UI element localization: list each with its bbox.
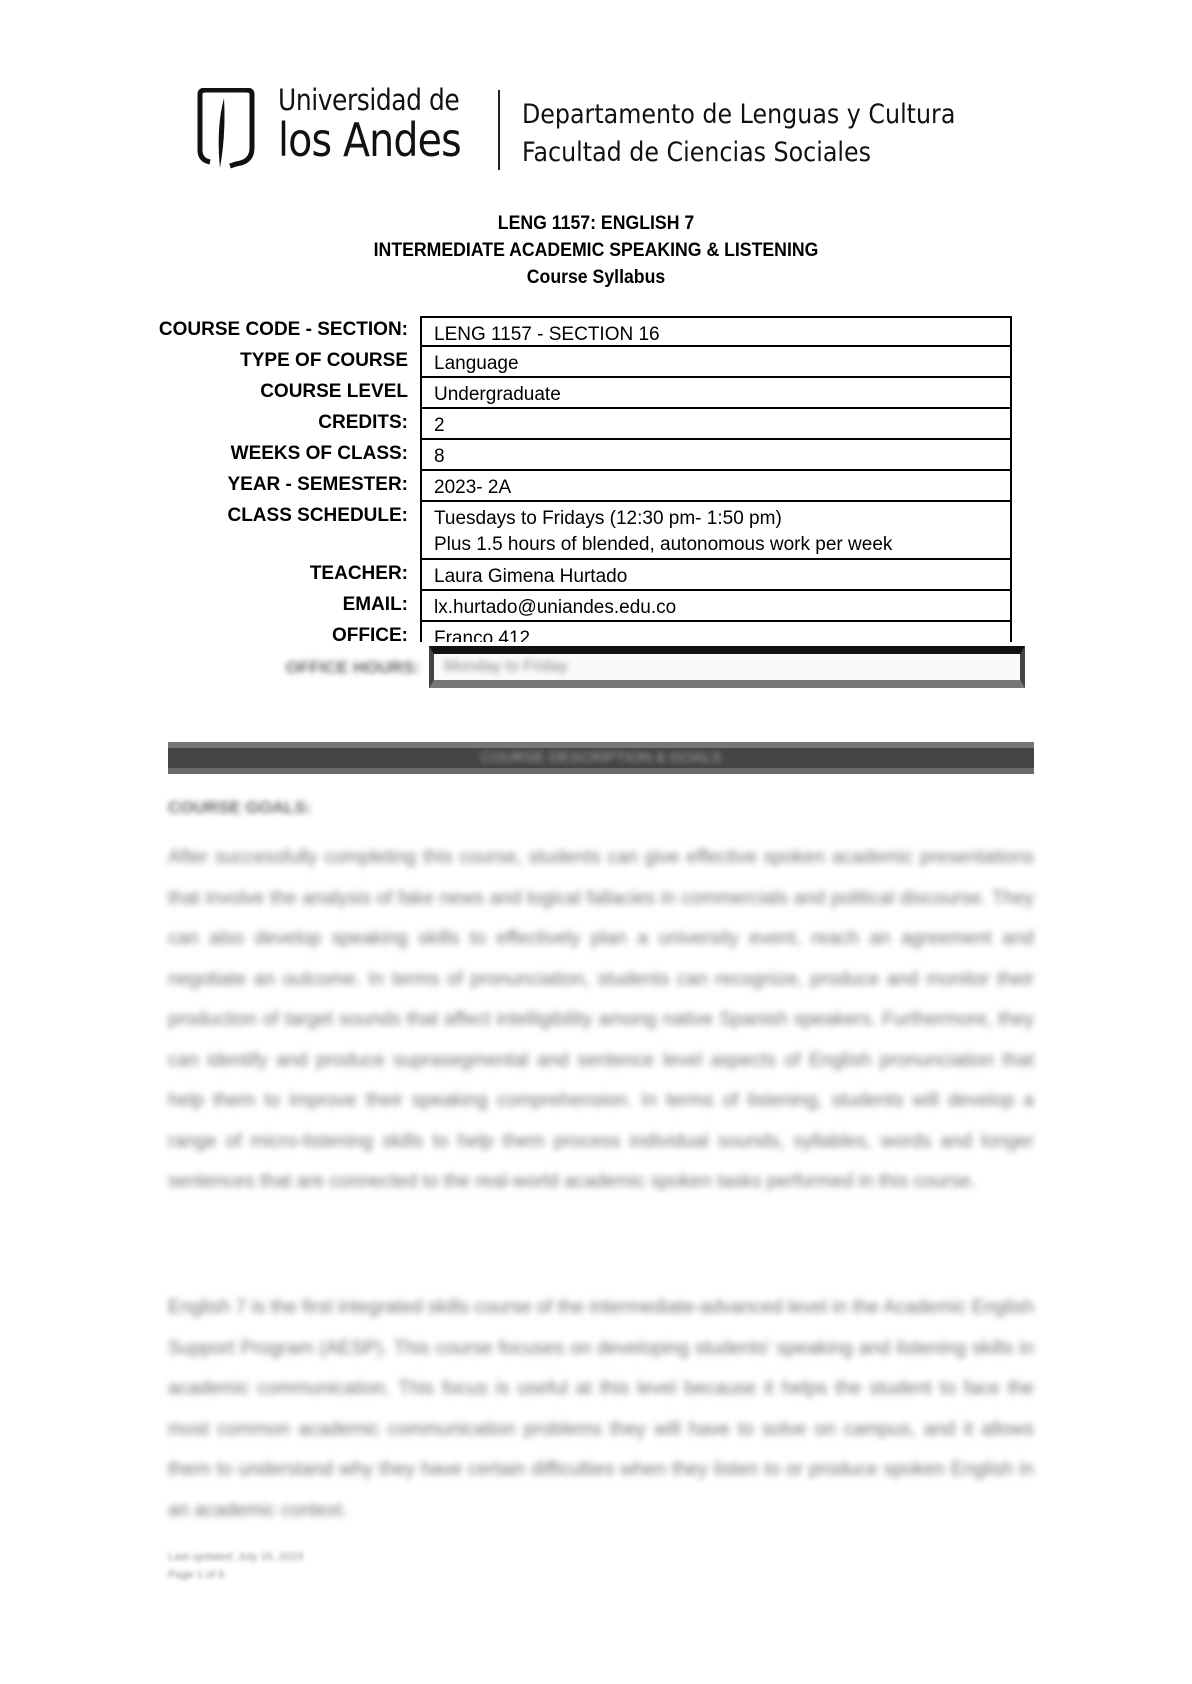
info-value: Laura Gimena Hurtado [420, 560, 1012, 591]
info-label: YEAR - SEMESTER: [150, 471, 420, 502]
course-goals-paragraph: After successfully completing this cours… [168, 838, 1034, 1203]
page-footer: Last updated: July 15, 2023 Page 1 of 9 [168, 1548, 303, 1584]
document-header: Universidad de los Andes Departamento de… [196, 86, 996, 176]
info-row-semester: YEAR - SEMESTER: 2023- 2A [150, 471, 1012, 502]
info-label: CLASS SCHEDULE: [150, 502, 420, 560]
info-label: COURSE CODE - SECTION: [150, 316, 420, 347]
info-row-weeks: WEEKS OF CLASS: 8 [150, 440, 1012, 471]
info-value: Franco 412 [420, 622, 1012, 642]
schedule-line: Tuesdays to Fridays (12:30 pm- 1:50 pm) [434, 506, 998, 532]
info-row-course-code: COURSE CODE - SECTION: LENG 1157 - SECTI… [150, 316, 1012, 347]
footer-updated-date: Last updated: July 15, 2023 [168, 1548, 303, 1566]
university-shield-logo-icon [196, 88, 256, 172]
office-hours-value: Monday to Friday [444, 658, 568, 676]
course-title-block: LENG 1157: ENGLISH 7 INTERMEDIATE ACADEM… [0, 210, 1192, 291]
info-value: Language [420, 347, 1012, 378]
course-goals-heading: COURSE GOALS: [168, 798, 312, 818]
office-hours-cell: Monday to Friday [429, 646, 1025, 688]
schedule-extra-line: Plus 1.5 hours of blended, autonomous wo… [434, 532, 998, 558]
info-label: TYPE OF COURSE [150, 347, 420, 378]
info-label: COURSE LEVEL [150, 378, 420, 409]
section-banner-title: COURSE DESCRIPTION & GOALS [481, 748, 722, 768]
info-value: Tuesdays to Fridays (12:30 pm- 1:50 pm) … [420, 502, 1012, 560]
info-value: lx.hurtado@uniandes.edu.co [420, 591, 1012, 622]
redacted-office-hours-row: OFFICE HOURS: Monday to Friday [150, 646, 1030, 696]
info-value: 2023- 2A [420, 471, 1012, 502]
info-label: WEEKS OF CLASS: [150, 440, 420, 471]
info-row-teacher: TEACHER: Laura Gimena Hurtado [150, 560, 1012, 591]
department-block: Departamento de Lenguas y Cultura Facult… [522, 96, 1014, 172]
info-value: 8 [420, 440, 1012, 471]
info-value: LENG 1157 - SECTION 16 [420, 316, 1012, 347]
header-divider [498, 90, 500, 170]
faculty-name: Facultad de Ciencias Sociales [522, 134, 955, 172]
info-label: TEACHER: [150, 560, 420, 591]
info-row-type: TYPE OF COURSE Language [150, 347, 1012, 378]
university-name-line1: Universidad de [278, 86, 461, 115]
info-row-office: OFFICE: Franco 412 [150, 622, 1012, 642]
department-name: Departamento de Lenguas y Cultura [522, 96, 955, 134]
document-type-title: Course Syllabus [42, 264, 1151, 291]
info-label: EMAIL: [150, 591, 420, 622]
course-info-table: COURSE CODE - SECTION: LENG 1157 - SECTI… [150, 316, 1012, 642]
section-banner: COURSE DESCRIPTION & GOALS [168, 742, 1034, 774]
info-row-credits: CREDITS: 2 [150, 409, 1012, 440]
course-description-paragraph: English 7 is the first integrated skills… [168, 1288, 1034, 1531]
info-label: CREDITS: [150, 409, 420, 440]
course-code-title: LENG 1157: ENGLISH 7 [42, 210, 1151, 237]
info-value: Undergraduate [420, 378, 1012, 409]
info-label: OFFICE: [150, 622, 420, 642]
info-row-email: EMAIL: lx.hurtado@uniandes.edu.co [150, 591, 1012, 622]
info-value: 2 [420, 409, 1012, 440]
course-full-title: INTERMEDIATE ACADEMIC SPEAKING & LISTENI… [42, 237, 1151, 264]
footer-page-number: Page 1 of 9 [168, 1566, 303, 1584]
info-row-level: COURSE LEVEL Undergraduate [150, 378, 1012, 409]
info-row-schedule: CLASS SCHEDULE: Tuesdays to Fridays (12:… [150, 502, 1012, 560]
university-name: Universidad de los Andes [278, 86, 491, 163]
office-hours-label: OFFICE HOURS: [280, 658, 420, 678]
university-name-line2: los Andes [278, 117, 461, 163]
